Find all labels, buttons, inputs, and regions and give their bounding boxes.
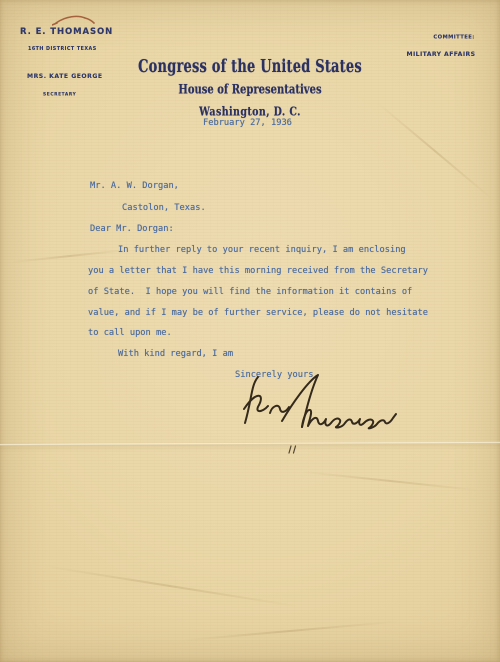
body-line: you a letter that I have this morning re… [88, 265, 428, 277]
body-line: In further reply to your recent inquiry,… [118, 244, 406, 256]
sender-district: 16TH DISTRICT TEXAS [28, 46, 97, 51]
body-line: of State. I hope you will find the infor… [88, 286, 412, 298]
letter-page: R. E. THOMASON 16TH DISTRICT TEXAS MRS. … [0, 0, 500, 662]
regards-line: With kind regard, I am [118, 348, 233, 360]
recipient-name: Mr. A. W. Dorgan, [90, 180, 179, 192]
paper-wrinkle [180, 620, 399, 641]
ink-stain [52, 12, 100, 26]
signature [238, 373, 398, 435]
recipient-address: Castolon, Texas. [122, 202, 206, 214]
paper-wrinkle [41, 565, 298, 607]
org-header: Congress of the United States House of R… [0, 53, 500, 117]
org-line-house: House of Representatives [178, 83, 321, 97]
body-line: value, and if I may be of further servic… [88, 307, 428, 319]
paper-wrinkle [300, 471, 479, 491]
sender-name: R. E. THOMASON [20, 27, 142, 37]
committee-label: COMMITTEE: [434, 34, 475, 40]
body-line: to call upon me. [88, 327, 172, 339]
paper-wrinkle [10, 249, 129, 263]
fold-crease-shadow [0, 444, 500, 452]
date-line: February 27, 1936 [203, 117, 292, 129]
salutation: Dear Mr. Dorgan: [90, 223, 174, 235]
org-line-congress: Congress of the United States [138, 57, 362, 78]
